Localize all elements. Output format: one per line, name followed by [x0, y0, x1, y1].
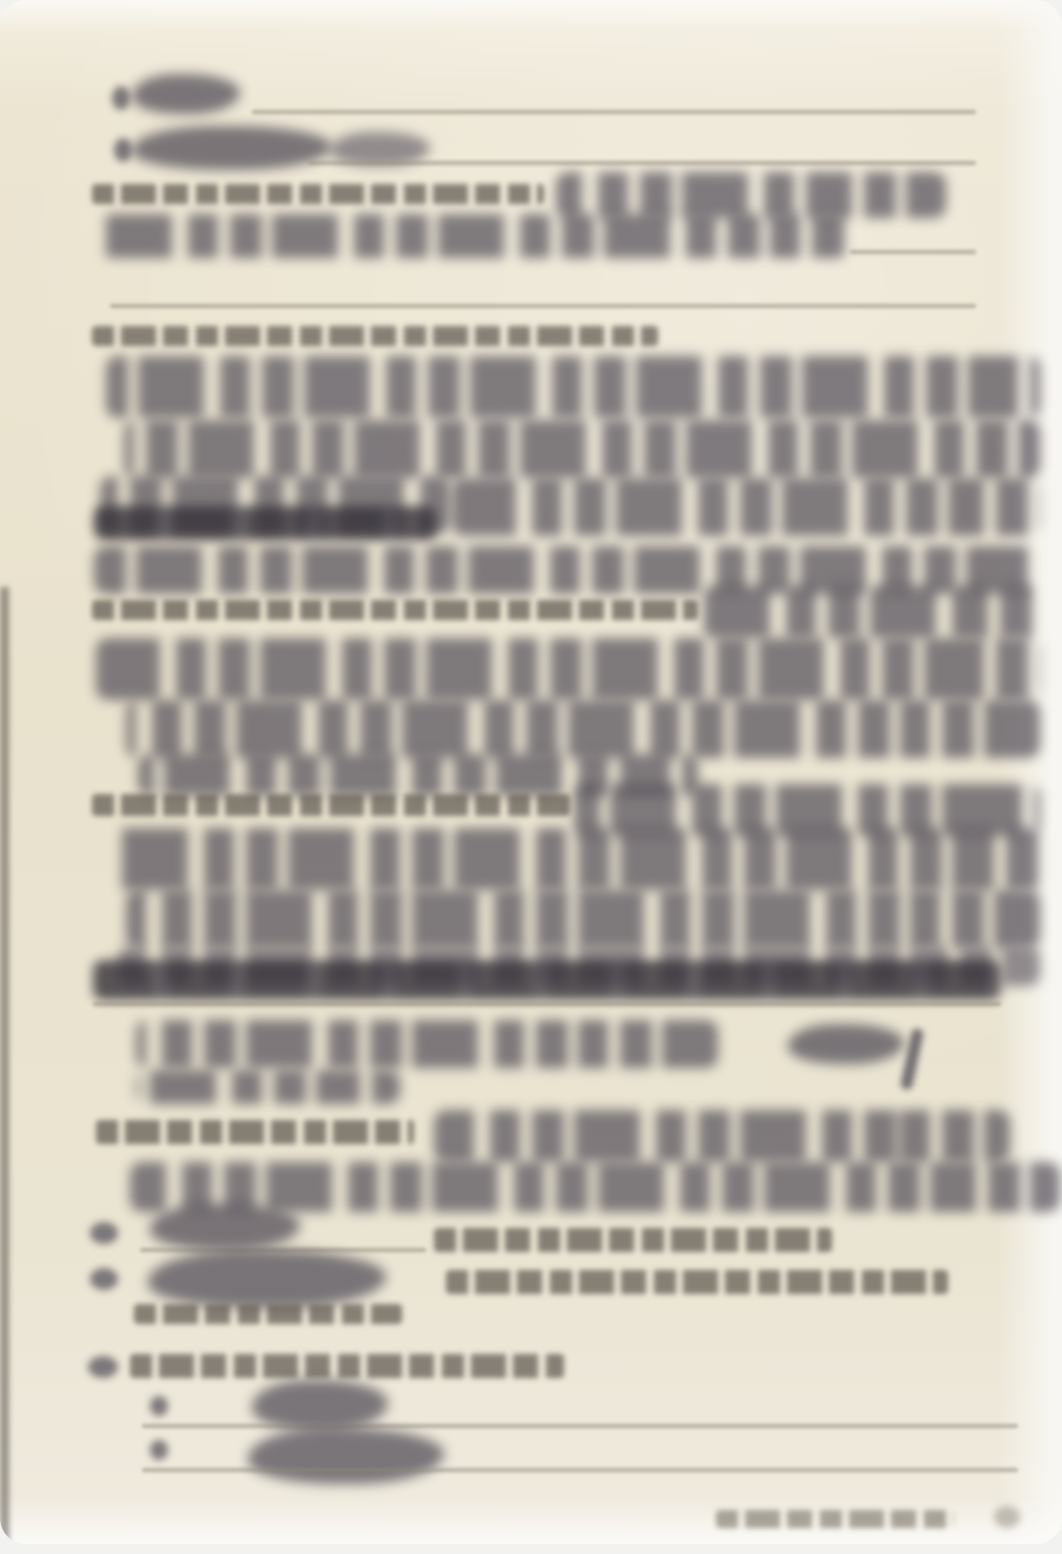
blocks-layer	[0, 0, 1062, 1544]
question-6-printed-text	[92, 794, 570, 816]
item-b-answer-word	[132, 126, 332, 170]
question-2-handwriting-row-1	[556, 172, 946, 218]
question-2-printed-text	[92, 184, 544, 204]
question-6-handwriting-row-1	[114, 828, 1040, 890]
question-5-handwriting-row-2	[126, 700, 1040, 758]
question-9-handwriting-right	[434, 1110, 1010, 1162]
question-10-answer-word	[150, 1204, 300, 1250]
sub-item-b-answer-line	[142, 1468, 1018, 1472]
question-9-handwriting-row-2	[130, 1162, 1060, 1212]
question-7-underline	[93, 1002, 1001, 1006]
sub-item-a-marker	[150, 1396, 168, 1416]
question-2-answer-line-stub	[850, 250, 976, 254]
question-5-printed-text	[92, 600, 698, 620]
item-a-answer-word	[132, 74, 240, 114]
question-10-printed-text	[434, 1228, 832, 1252]
question-11-marker	[90, 1268, 118, 1290]
question-7-handwriting-word	[788, 1024, 904, 1064]
question-11-answer-word	[148, 1250, 386, 1308]
question-3-printed-text	[92, 326, 658, 346]
question-6-handwriting-row-2	[126, 890, 1040, 948]
sub-item-b-answer-word	[248, 1428, 444, 1484]
question-4-handwriting-right	[452, 478, 1040, 536]
sub-item-b-marker	[150, 1440, 168, 1460]
sub-item-a-answer-word	[252, 1380, 388, 1430]
question-11-printed-text	[446, 1270, 948, 1294]
question-2-blank-answer-line	[110, 304, 976, 308]
question-7-handwriting-row-1	[136, 1020, 718, 1068]
question-2-handwriting-row-2	[100, 214, 848, 258]
question-7-slash-mark	[900, 1027, 925, 1090]
footer-page-number-dot	[994, 1506, 1020, 1528]
question-9-printed-text	[96, 1120, 414, 1144]
question-11-printed-text-line-2	[134, 1304, 402, 1324]
question-7-overwritten-heavy-ink	[93, 960, 1001, 1000]
question-5-handwriting-right	[702, 586, 1040, 638]
question-3-handwriting-row-1	[106, 356, 1040, 418]
question-4-overwritten-heavy-ink	[94, 506, 436, 540]
item-b-answer-line	[308, 161, 976, 165]
question-10-marker	[90, 1222, 118, 1244]
question-7-handwriting-row-2	[136, 1070, 400, 1104]
footer-chapter-label	[716, 1510, 954, 1528]
sub-item-a-answer-line	[142, 1424, 1018, 1428]
item-a-answer-line	[252, 110, 976, 114]
question-12-printed-text	[130, 1354, 564, 1378]
question-5-handwriting-row-1	[96, 638, 1040, 700]
screenshot-frame	[0, 0, 1062, 1554]
item-a-marker	[112, 86, 130, 110]
question-3-handwriting-row-2	[124, 420, 1040, 478]
item-b-marker	[114, 138, 132, 162]
worksheet-photo	[0, 0, 1062, 1544]
question-12-marker	[88, 1356, 118, 1378]
